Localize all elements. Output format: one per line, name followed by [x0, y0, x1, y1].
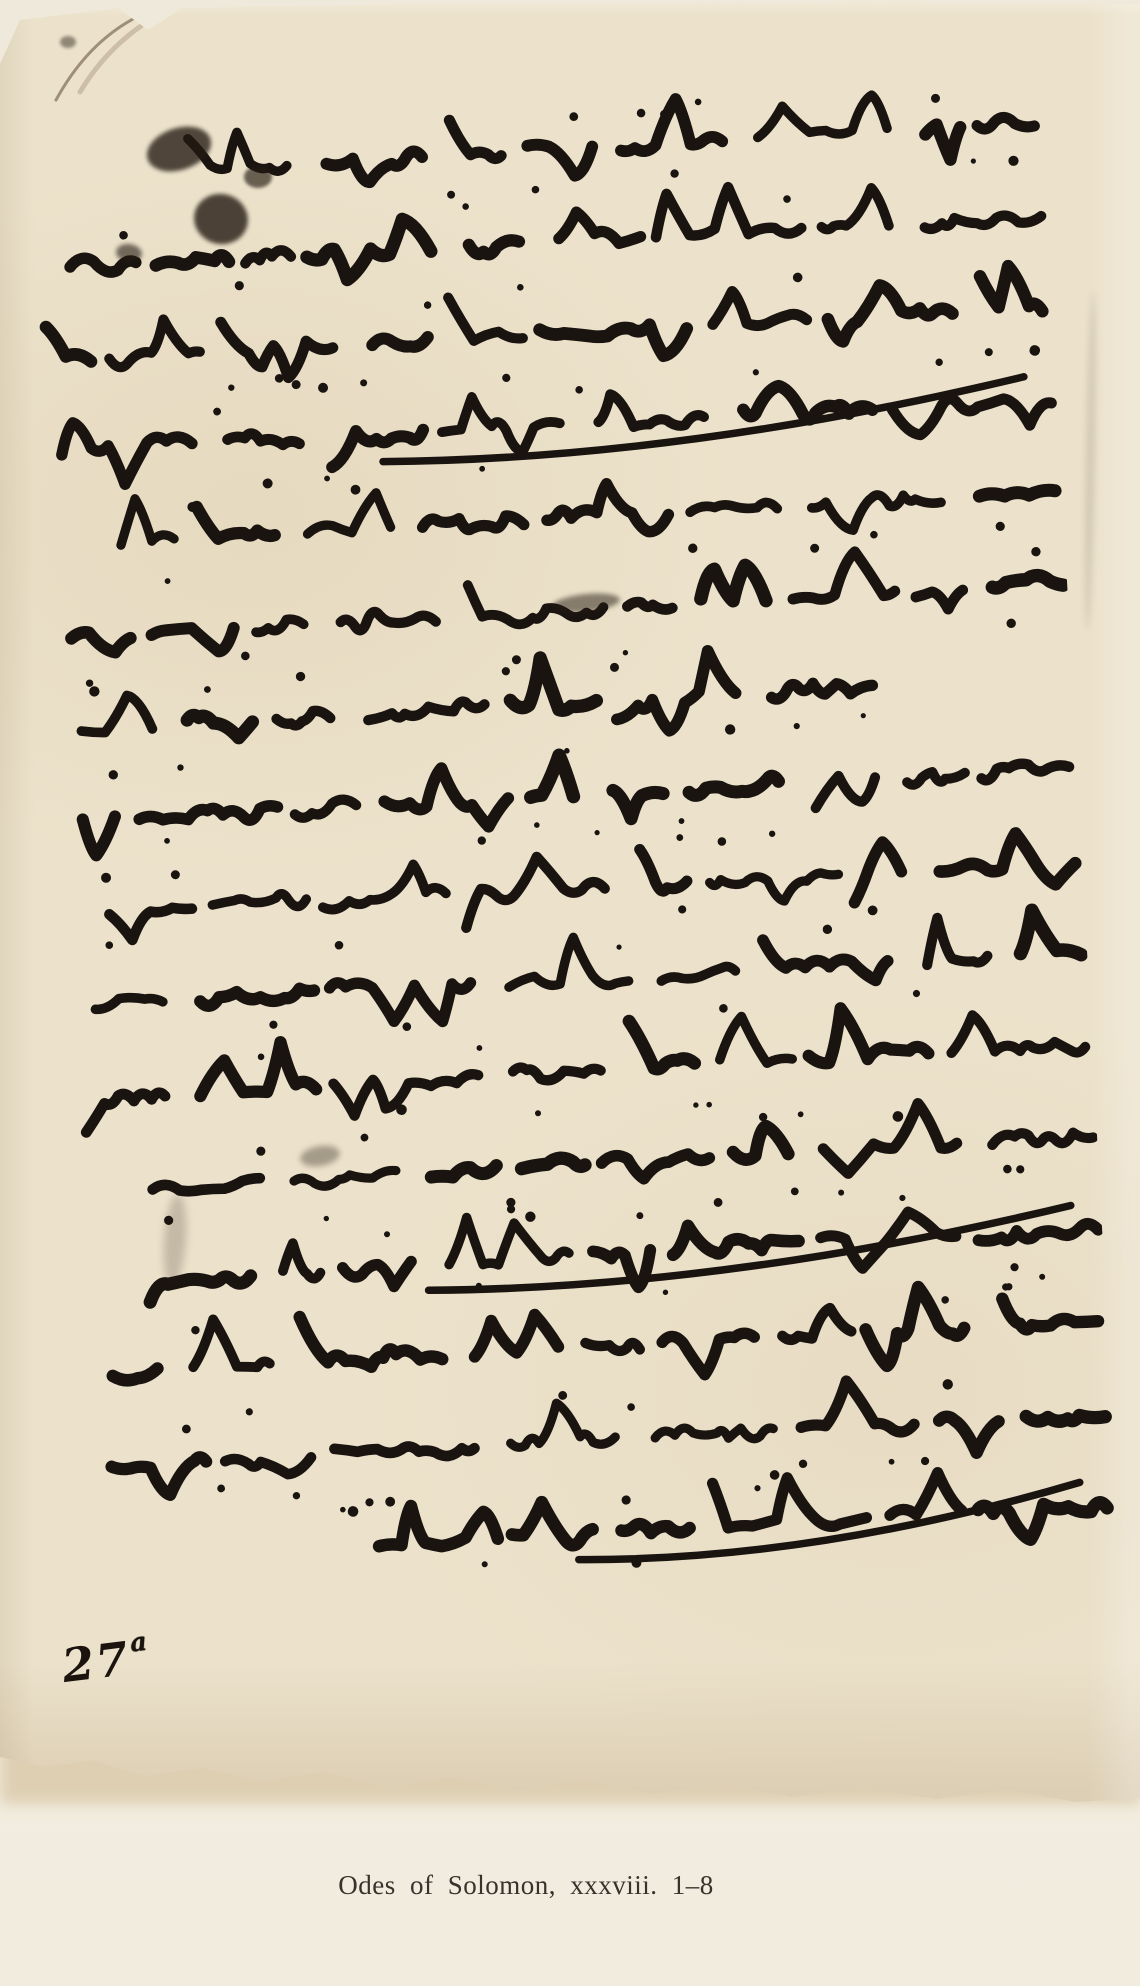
manuscript-line — [118, 436, 1058, 584]
manuscript-text-block — [19, 44, 1120, 1627]
manuscript-text-svg — [19, 44, 1120, 1627]
ink-smudge — [244, 166, 272, 188]
manuscript-line — [80, 716, 1071, 856]
manuscript-line — [339, 1452, 1109, 1583]
folio-mark: 27a — [59, 1629, 152, 1693]
manuscript-line — [45, 256, 1044, 403]
caption: Odes of Solomon, xxxviii. 1–8 — [0, 1870, 1052, 1901]
folio-number: 27 — [59, 1631, 133, 1693]
manuscript-line — [150, 1094, 1095, 1230]
manuscript-line — [146, 1174, 1100, 1319]
manuscript-line — [59, 342, 1054, 495]
folio-superscript: a — [128, 1626, 150, 1658]
manuscript-line — [79, 636, 875, 770]
ink-smudge — [60, 36, 76, 48]
book-page-scan: 27a Odes of Solomon, xxxviii. 1–8 — [0, 0, 1140, 1986]
manuscript-line — [187, 80, 1036, 212]
manuscript-line — [92, 894, 1083, 1047]
manuscript-line — [82, 995, 1088, 1141]
ink-smudge — [1083, 290, 1098, 630]
manuscript-leaf: 27a — [0, 0, 1140, 1986]
manuscript-line — [109, 1362, 1108, 1509]
